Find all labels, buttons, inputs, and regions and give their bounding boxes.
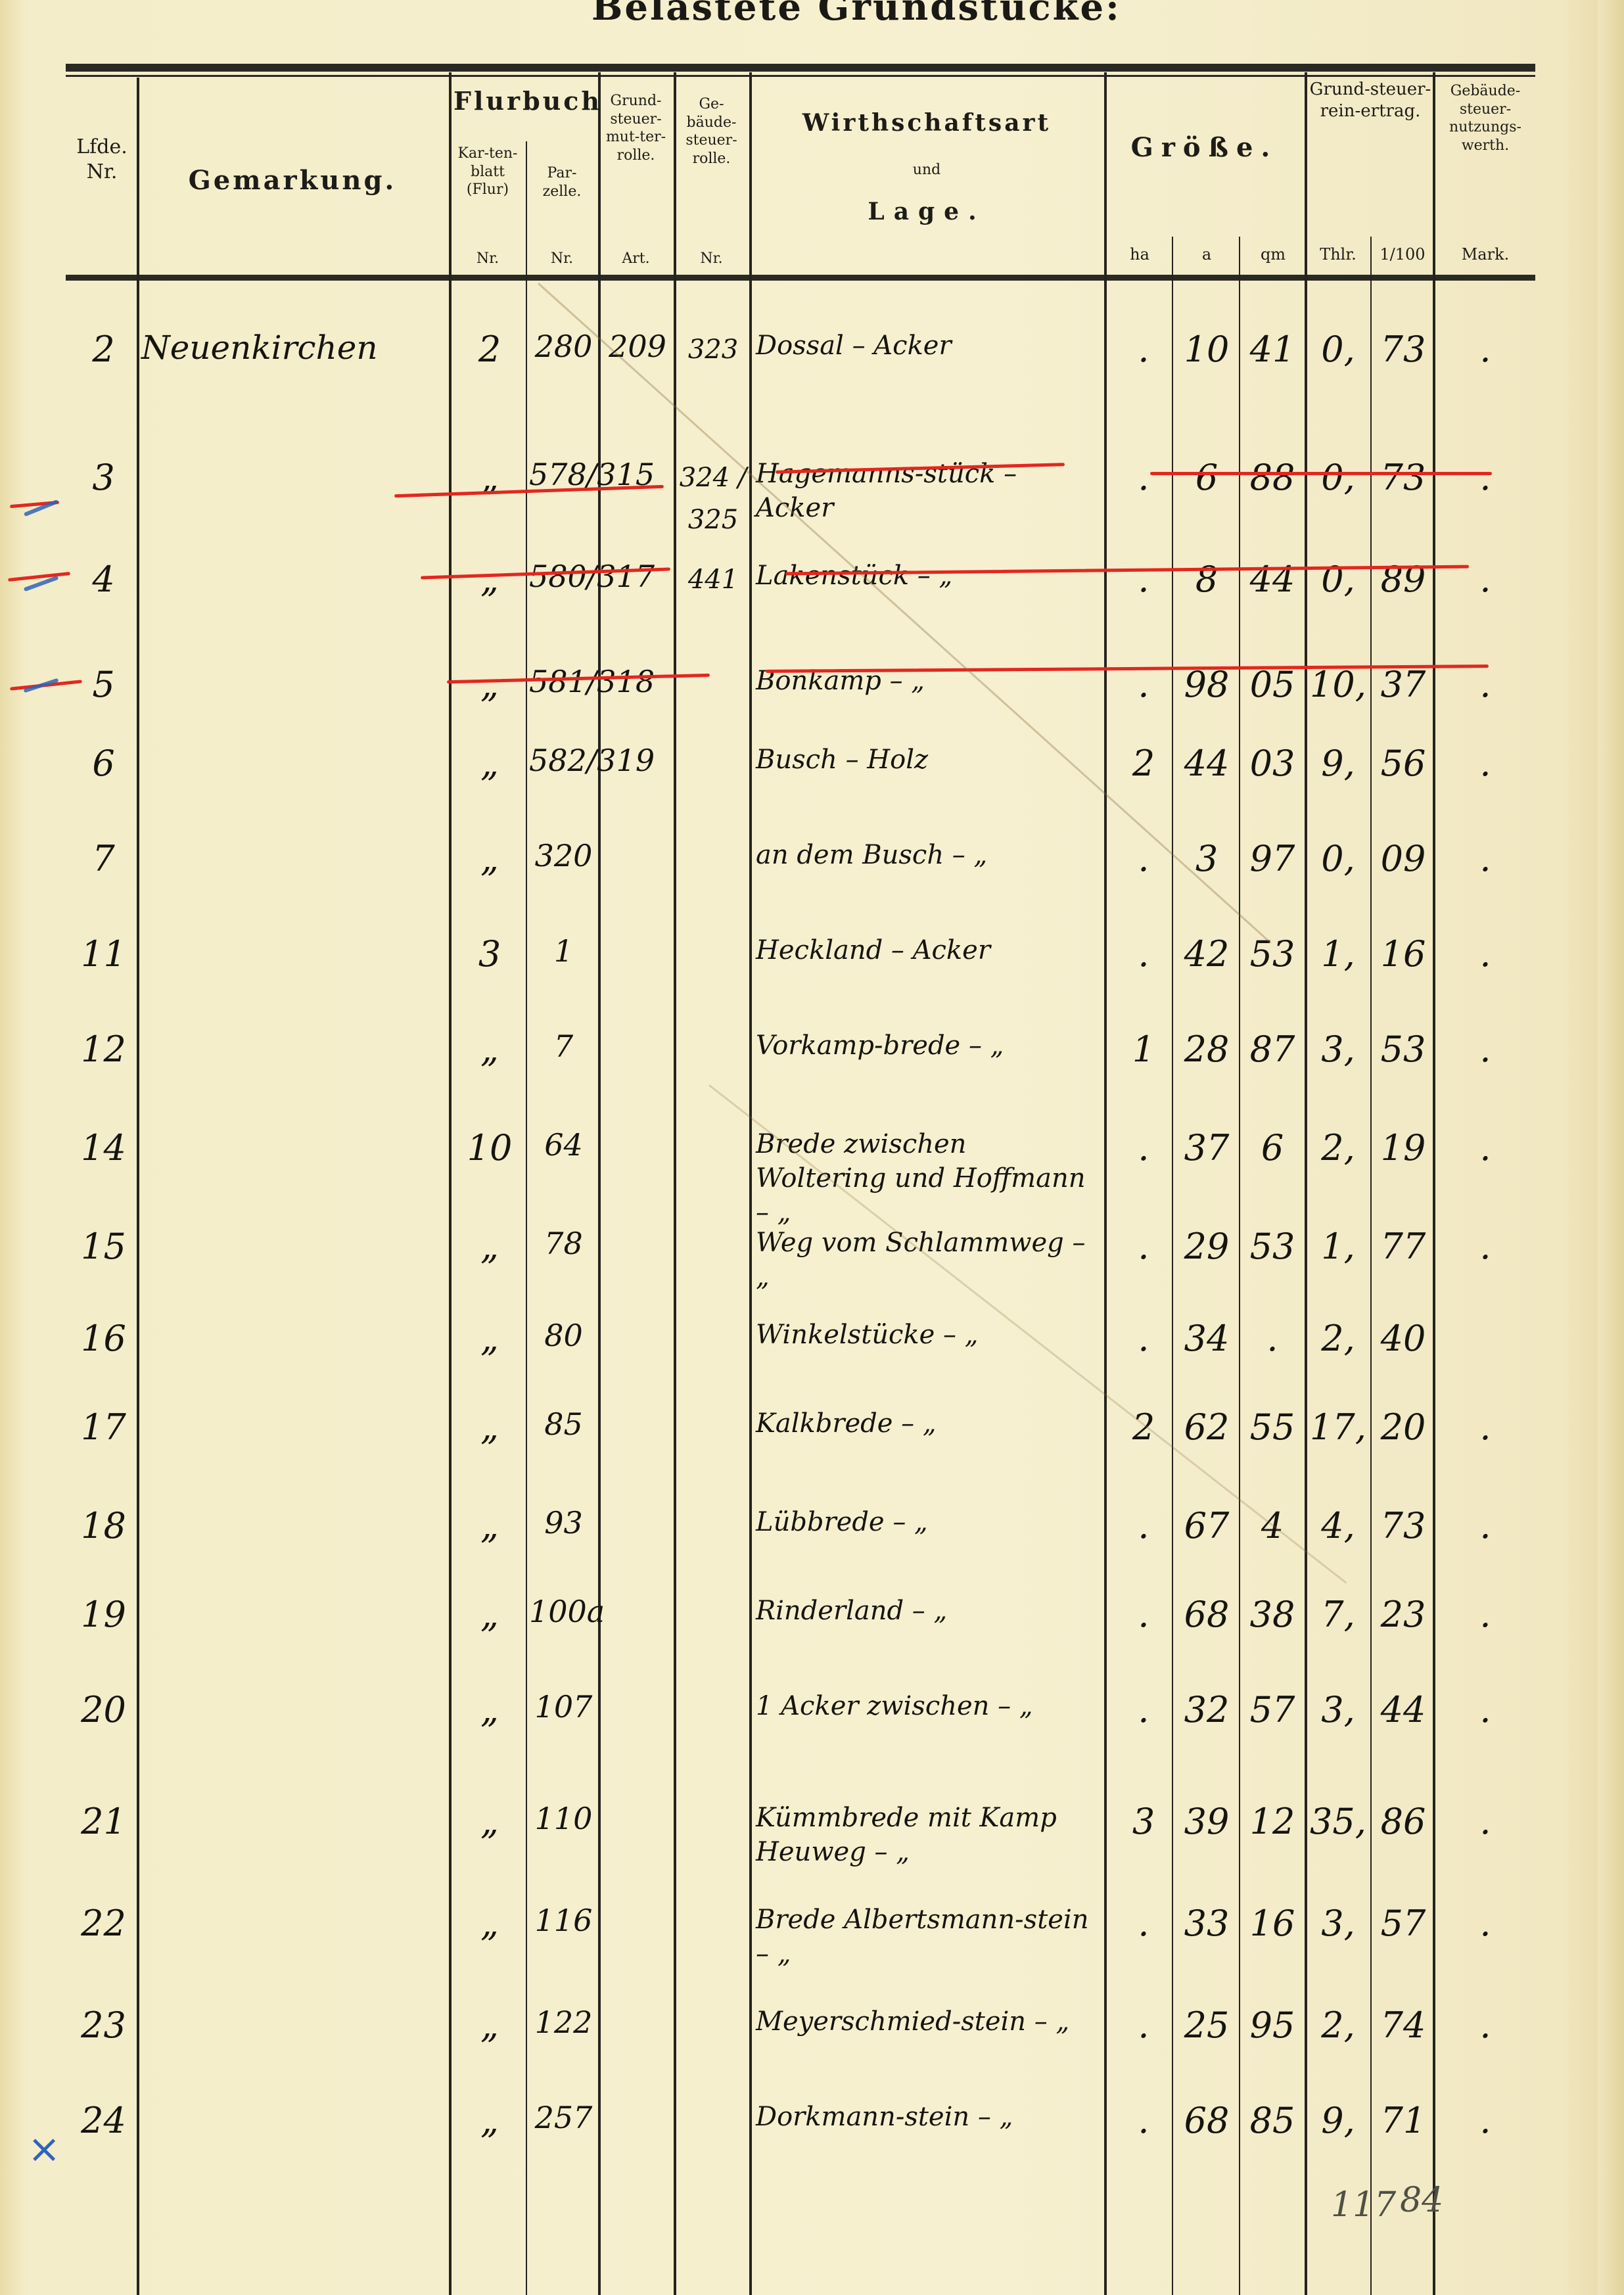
- parzelle-cell: 320: [529, 838, 598, 873]
- header-groesse: Größe.: [1107, 131, 1301, 164]
- ha-cell: .: [1117, 1903, 1170, 1944]
- hundredths-cell: 86: [1374, 1801, 1433, 1842]
- row-number: 15: [72, 1226, 135, 1267]
- mark-cell: .: [1466, 559, 1505, 600]
- qm-cell: 97: [1242, 838, 1303, 879]
- header-grundsteuermutterrolle: Grund-steuer-mut-ter-rolle.: [601, 92, 670, 164]
- a-cell: 34: [1176, 1318, 1237, 1359]
- hundredths-cell: 56: [1374, 743, 1433, 784]
- hundredths-cell: 77: [1374, 1226, 1433, 1267]
- row-number: 2: [72, 329, 135, 370]
- column-divider: [1433, 72, 1435, 2295]
- wirthschaftsart-cell: Heckland – Acker: [756, 933, 1098, 967]
- qm-cell: 12: [1242, 1801, 1303, 1842]
- row-number: 12: [72, 1029, 135, 1070]
- kartenblatt-cell: „: [460, 838, 519, 879]
- mark-cell: .: [1466, 1801, 1505, 1842]
- parzelle-cell: 582/319: [529, 743, 598, 778]
- a-cell: 67: [1176, 1505, 1237, 1546]
- parzelle-cell: 581/318: [529, 664, 598, 699]
- parzelle-cell: 580/317: [529, 559, 598, 594]
- qm-cell: 95: [1242, 2005, 1303, 2046]
- ha-cell: .: [1117, 933, 1170, 975]
- wirthschaftsart-cell: Kalkbrede – „: [756, 1406, 1098, 1441]
- column-divider: [1305, 72, 1307, 2295]
- column-divider: [1104, 72, 1107, 2295]
- header-flurbuch: Flurbuch: [453, 85, 595, 117]
- header-nutzungswerth: Gebäude-steuer-nutzungs-werth.: [1436, 82, 1535, 154]
- row-number: 17: [72, 1406, 135, 1448]
- mark-cell: .: [1466, 838, 1505, 879]
- gemarkung-cell: Neuenkirchen: [141, 329, 444, 367]
- qm-cell: 88: [1242, 457, 1303, 498]
- qm-cell: .: [1242, 1318, 1303, 1359]
- a-cell: 39: [1176, 1801, 1237, 1842]
- header-bottom-rule: [66, 275, 1535, 281]
- column-divider: [1172, 237, 1173, 2295]
- qm-cell: 57: [1242, 1689, 1303, 1730]
- ha-cell: .: [1117, 1226, 1170, 1267]
- mark-cell: .: [1466, 1689, 1505, 1730]
- wirthschaftsart-cell: Brede zwischen Woltering und Hoffmann – …: [756, 1127, 1098, 1230]
- header-qm: qm: [1241, 244, 1305, 264]
- ha-cell: 1: [1117, 1029, 1170, 1070]
- wirthschaftsart-cell: Brede Albertsmann-stein – „: [756, 1903, 1098, 1971]
- header-gemarkung: Gemarkung.: [141, 164, 444, 197]
- row-number: 19: [72, 1594, 135, 1635]
- thlr-cell: 2,: [1308, 1127, 1368, 1169]
- column-divider: [526, 141, 527, 2295]
- a-cell: 6: [1176, 457, 1237, 498]
- thlr-cell: 35,: [1308, 1801, 1368, 1842]
- table-top-rule: [66, 64, 1535, 72]
- ha-cell: .: [1117, 2005, 1170, 2046]
- gebaeudesteuerrolle-cell: 323: [677, 329, 749, 371]
- row-number: 14: [72, 1127, 135, 1169]
- hundredths-cell: 73: [1374, 457, 1433, 498]
- header-mark: Mark.: [1436, 244, 1535, 264]
- thlr-cell: 3,: [1308, 1689, 1368, 1730]
- mark-cell: .: [1466, 1406, 1505, 1448]
- mark-cell: .: [1466, 1029, 1505, 1070]
- thlr-cell: 7,: [1308, 1594, 1368, 1635]
- column-divider: [749, 72, 752, 2295]
- wirthschaftsart-cell: Kümmbrede mit Kamp Heuweg – „: [756, 1801, 1098, 1869]
- column-divider: [1370, 237, 1372, 2295]
- mark-cell: .: [1466, 1903, 1505, 1944]
- thlr-cell: 0,: [1308, 838, 1368, 879]
- hundredths-cell: 57: [1374, 1903, 1433, 1944]
- ha-cell: .: [1117, 329, 1170, 370]
- parzelle-cell: 93: [529, 1505, 598, 1541]
- header-wirthschaftsart: Wirthschaftsart: [753, 108, 1101, 138]
- wirthschaftsart-cell: Lübbrede – „: [756, 1505, 1098, 1539]
- thlr-cell: 17,: [1308, 1406, 1368, 1448]
- hundredths-cell: 19: [1374, 1127, 1433, 1169]
- header-gebaeudesteuerrolle-unit: Nr.: [677, 250, 746, 268]
- qm-cell: 87: [1242, 1029, 1303, 1070]
- wirthschaftsart-cell: Meyerschmied-stein – „: [756, 2005, 1098, 2039]
- column-divider: [598, 72, 601, 2295]
- header-kartenblatt-unit: Nr.: [452, 250, 523, 268]
- row-number: 18: [72, 1505, 135, 1546]
- ha-cell: .: [1117, 1505, 1170, 1546]
- thlr-cell: 1,: [1308, 933, 1368, 975]
- qm-cell: 41: [1242, 329, 1303, 370]
- header-hundredths: 1/100: [1372, 244, 1433, 264]
- parzelle-cell: 122: [529, 2005, 598, 2040]
- wirthschaftsart-cell: 1 Acker zwischen – „: [756, 1689, 1098, 1723]
- kartenblatt-cell: „: [460, 664, 519, 705]
- pencil-total-thlr: 117: [1331, 2185, 1396, 2225]
- qm-cell: 16: [1242, 1903, 1303, 1944]
- parzelle-cell: 280: [529, 329, 598, 364]
- ha-cell: 2: [1117, 1406, 1170, 1448]
- header-reinertrag: Grund-steuer-rein-ertrag.: [1308, 79, 1433, 122]
- row-number: 4: [72, 559, 135, 600]
- qm-cell: 38: [1242, 1594, 1303, 1635]
- hundredths-cell: 53: [1374, 1029, 1433, 1070]
- kartenblatt-cell: „: [460, 1594, 519, 1635]
- red-strike: [1150, 472, 1492, 475]
- a-cell: 25: [1176, 2005, 1237, 2046]
- row-number: 16: [72, 1318, 135, 1359]
- header-lage: Lage.: [753, 197, 1101, 227]
- thlr-cell: 0,: [1308, 329, 1368, 370]
- parzelle-cell: 85: [529, 1406, 598, 1442]
- kartenblatt-cell: „: [460, 1689, 519, 1730]
- header-parzelle: Par-zelle.: [529, 164, 595, 200]
- hundredths-cell: 73: [1374, 329, 1433, 370]
- mark-cell: .: [1466, 2005, 1505, 2046]
- header-gebaeudesteuerrolle: Ge-bäude-steuer-rolle.: [677, 95, 746, 168]
- row-number: 24: [72, 2100, 135, 2141]
- ha-cell: .: [1117, 1318, 1170, 1359]
- hundredths-cell: 74: [1374, 2005, 1433, 2046]
- qm-cell: 44: [1242, 559, 1303, 600]
- thlr-cell: 2,: [1308, 2005, 1368, 2046]
- mark-cell: .: [1466, 743, 1505, 784]
- kartenblatt-cell: „: [460, 559, 519, 600]
- wirthschaftsart-cell: Busch – Holz: [756, 743, 1098, 777]
- gebaeudesteuerrolle-cell: 441: [677, 559, 749, 601]
- kartenblatt-cell: „: [460, 1505, 519, 1546]
- parzelle-cell: 78: [529, 1226, 598, 1261]
- parzelle-cell: 1: [529, 933, 598, 969]
- kartenblatt-cell: „: [460, 743, 519, 784]
- kartenblatt-cell: „: [460, 1226, 519, 1267]
- mark-cell: .: [1466, 1127, 1505, 1169]
- thlr-cell: 9,: [1308, 2100, 1368, 2141]
- mark-cell: .: [1466, 329, 1505, 370]
- a-cell: 62: [1176, 1406, 1237, 1448]
- hundredths-cell: 73: [1374, 1505, 1433, 1546]
- kartenblatt-cell: „: [460, 1801, 519, 1842]
- wirthschaftsart-cell: Weg vom Schlammweg – „: [756, 1226, 1098, 1294]
- wirthschaftsart-cell: Rinderland – „: [756, 1594, 1098, 1628]
- column-divider: [137, 78, 139, 2295]
- thlr-cell: 2,: [1308, 1318, 1368, 1359]
- column-divider: [1239, 237, 1240, 2295]
- header-und: und: [753, 161, 1101, 179]
- hundredths-cell: 16: [1374, 933, 1433, 975]
- parzelle-cell: 80: [529, 1318, 598, 1353]
- a-cell: 33: [1176, 1903, 1237, 1944]
- parzelle-cell: 7: [529, 1029, 598, 1064]
- qm-cell: 53: [1242, 933, 1303, 975]
- kartenblatt-cell: „: [460, 1029, 519, 1070]
- page-title: Belastete Grundstücke:: [592, 0, 1121, 29]
- a-cell: 98: [1176, 664, 1237, 705]
- ha-cell: 3: [1117, 1801, 1170, 1842]
- a-cell: 8: [1176, 559, 1237, 600]
- wirthschaftsart-cell: Lakenstück – „: [756, 559, 1098, 593]
- page-edge: [1598, 0, 1624, 2295]
- thlr-cell: 4,: [1308, 1505, 1368, 1546]
- header-ha: ha: [1107, 244, 1172, 264]
- parzelle-cell: 257: [529, 2100, 598, 2135]
- wirthschaftsart-cell: Vorkamp-brede – „: [756, 1029, 1098, 1063]
- thlr-cell: 0,: [1308, 457, 1368, 498]
- hundredths-cell: 23: [1374, 1594, 1433, 1635]
- row-number: 6: [72, 743, 135, 784]
- a-cell: 29: [1176, 1226, 1237, 1267]
- ha-cell: 2: [1117, 743, 1170, 784]
- hundredths-cell: 20: [1374, 1406, 1433, 1448]
- a-cell: 68: [1176, 2100, 1237, 2141]
- header-kartenblatt: Kar-ten-blatt (Flur): [452, 145, 523, 199]
- kartenblatt-cell: „: [460, 1903, 519, 1944]
- qm-cell: 05: [1242, 664, 1303, 705]
- header-thlr: Thlr.: [1307, 244, 1370, 264]
- a-cell: 28: [1176, 1029, 1237, 1070]
- a-cell: 10: [1176, 329, 1237, 370]
- a-cell: 32: [1176, 1689, 1237, 1730]
- ha-cell: .: [1117, 1689, 1170, 1730]
- mark-cell: .: [1466, 2100, 1505, 2141]
- kartenblatt-cell: „: [460, 1406, 519, 1448]
- qm-cell: 03: [1242, 743, 1303, 784]
- hundredths-cell: 09: [1374, 838, 1433, 879]
- mark-cell: .: [1466, 933, 1505, 975]
- table-top-rule-thin: [66, 75, 1535, 77]
- qm-cell: 53: [1242, 1226, 1303, 1267]
- row-number: 21: [72, 1801, 135, 1842]
- grundsteuermutterrolle-cell: 209: [601, 329, 674, 364]
- mark-cell: .: [1466, 664, 1505, 705]
- hundredths-cell: 37: [1374, 664, 1433, 705]
- parzelle-cell: 116: [529, 1903, 598, 1938]
- kartenblatt-cell: „: [460, 1318, 519, 1359]
- a-cell: 44: [1176, 743, 1237, 784]
- header-grundsteuermutterrolle-unit: Art.: [601, 250, 670, 268]
- ha-cell: .: [1117, 559, 1170, 600]
- mark-cell: .: [1466, 1594, 1505, 1635]
- qm-cell: 6: [1242, 1127, 1303, 1169]
- pencil-total-cent: 84: [1400, 2181, 1443, 2220]
- row-number: 11: [72, 933, 135, 975]
- thlr-cell: 10,: [1308, 664, 1368, 705]
- row-number: 5: [72, 664, 135, 705]
- row-number: 3: [72, 457, 135, 498]
- row-number: 20: [72, 1689, 135, 1730]
- blue-x-mark: ×: [28, 2126, 60, 2172]
- qm-cell: 55: [1242, 1406, 1303, 1448]
- mark-cell: .: [1466, 457, 1505, 498]
- a-cell: 68: [1176, 1594, 1237, 1635]
- header-lfde-nr: Lfde. Nr.: [69, 135, 135, 184]
- thlr-cell: 9,: [1308, 743, 1368, 784]
- hundredths-cell: 40: [1374, 1318, 1433, 1359]
- header-a: a: [1174, 244, 1239, 264]
- qm-cell: 85: [1242, 2100, 1303, 2141]
- column-divider: [449, 72, 452, 2295]
- thlr-cell: 3,: [1308, 1029, 1368, 1070]
- gebaeudesteuerrolle-cell: 324 / 325: [677, 457, 749, 541]
- ha-cell: .: [1117, 457, 1170, 498]
- ha-cell: .: [1117, 2100, 1170, 2141]
- parzelle-cell: 107: [529, 1689, 598, 1725]
- parzelle-cell: 100a: [529, 1594, 598, 1629]
- wirthschaftsart-cell: Dorkmann-stein – „: [756, 2100, 1098, 2134]
- a-cell: 3: [1176, 838, 1237, 879]
- kartenblatt-cell: 3: [460, 933, 519, 975]
- ha-cell: .: [1117, 1594, 1170, 1635]
- parzelle-cell: 110: [529, 1801, 598, 1836]
- a-cell: 42: [1176, 933, 1237, 975]
- mark-cell: .: [1466, 1226, 1505, 1267]
- wirthschaftsart-cell: Dossal – Acker: [756, 329, 1098, 363]
- row-number: 7: [72, 838, 135, 879]
- header-parzelle-unit: Nr.: [529, 250, 595, 268]
- row-number: 23: [72, 2005, 135, 2046]
- thlr-cell: 3,: [1308, 1903, 1368, 1944]
- mark-cell: .: [1466, 1505, 1505, 1546]
- kartenblatt-cell: 10: [460, 1127, 519, 1169]
- ha-cell: .: [1117, 1127, 1170, 1169]
- wirthschaftsart-cell: an dem Busch – „: [756, 838, 1098, 872]
- hundredths-cell: 71: [1374, 2100, 1433, 2141]
- thlr-cell: 1,: [1308, 1226, 1368, 1267]
- kartenblatt-cell: 2: [460, 329, 519, 370]
- kartenblatt-cell: „: [460, 2100, 519, 2141]
- thlr-cell: 0,: [1308, 559, 1368, 600]
- a-cell: 37: [1176, 1127, 1237, 1169]
- kartenblatt-cell: „: [460, 2005, 519, 2046]
- row-number: 22: [72, 1903, 135, 1944]
- hundredths-cell: 44: [1374, 1689, 1433, 1730]
- parzelle-cell: 64: [529, 1127, 598, 1163]
